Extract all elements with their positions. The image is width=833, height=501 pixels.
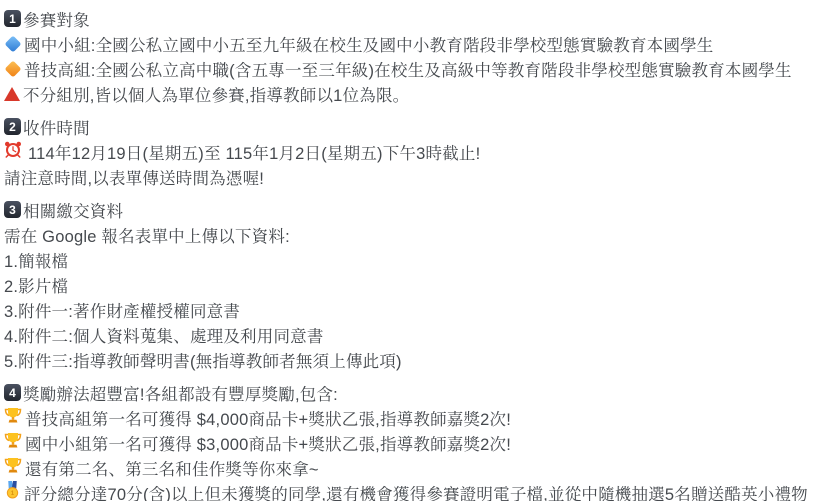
list-item: 普技高組第一名可獲得 $4,000商品卡+獎狀乙張,指導教師嘉獎2次! (4, 405, 833, 430)
trophy-icon (4, 406, 22, 429)
list-item: 普技高組:全國公私立高中職(含五專一至三年級)在校生及高級中等教育階段非學校型態… (4, 56, 833, 81)
alarm-clock-icon (4, 140, 22, 163)
item-text: 1.簡報檔 (4, 248, 68, 272)
item-text: 普技高組第一名可獲得 $4,000商品卡+獎狀乙張,指導教師嘉獎2次! (25, 406, 511, 430)
item-text: 2.影片檔 (4, 273, 68, 297)
trophy-icon (4, 456, 22, 479)
section-title: 收件時間 (23, 115, 90, 139)
list-item: 需在 Google 報名表單中上傳以下資料: (4, 222, 833, 247)
list-item: 2.影片檔 (4, 272, 833, 297)
gold-medal-icon: 1 (4, 481, 21, 501)
keycap-1-icon: 1 (4, 10, 21, 27)
item-text: 國中小組:全國公私立國中小五至九年級在校生及國中小教育階段非學校型態實驗教育本國… (24, 32, 713, 56)
keycap-2-icon: 2 (4, 118, 21, 135)
item-text: 5.附件三:指導教師聲明書(無指導教師者無須上傳此項) (4, 348, 402, 372)
item-text: 還有第二名、第三名和佳作獎等你來拿~ (25, 456, 319, 480)
item-text: 國中小組第一名可獲得 $3,000商品卡+獎狀乙張,指導教師嘉獎2次! (25, 431, 511, 455)
list-item: 請注意時間,以表單傳送時間為憑喔! (4, 164, 833, 189)
list-item: 114年12月19日(星期五)至 115年1月2日(星期五)下午3時截止! (4, 139, 833, 164)
section-title: 參賽對象 (23, 7, 90, 31)
svg-text:1: 1 (11, 490, 15, 497)
item-text: 3.附件一:著作財產權授權同意書 (4, 298, 240, 322)
list-item: 1 評分總分達70分(含)以上但未獲獎的同學,還有機會獲得參賽證明電子檔,並從中… (4, 480, 833, 501)
item-text: 不分組別,皆以個人為單位參賽,指導教師以1位為限。 (23, 82, 409, 106)
list-item: 3.附件一:著作財產權授權同意書 (4, 297, 833, 322)
list-item: 4.附件二:個人資料蒐集、處理及利用同意書 (4, 322, 833, 347)
item-text: 普技高組:全國公私立高中職(含五專一至三年級)在校生及高級中等教育階段非學校型態… (24, 57, 792, 81)
section-title: 獎勵辦法超豐富!各組都設有豐厚獎勵,包含: (23, 381, 338, 405)
item-text: 4.附件二:個人資料蒐集、處理及利用同意書 (4, 323, 324, 347)
orange-diamond-icon (5, 60, 22, 77)
trophy-icon (4, 431, 22, 454)
keycap-3-icon: 3 (4, 201, 21, 218)
list-item: 國中小組:全國公私立國中小五至九年級在校生及國中小教育階段非學校型態實驗教育本國… (4, 31, 833, 56)
section-participants: 1 參賽對象 國中小組:全國公私立國中小五至九年級在校生及國中小教育階段非學校型… (4, 6, 833, 106)
item-text: 114年12月19日(星期五)至 115年1月2日(星期五)下午3時截止! (28, 140, 480, 164)
red-triangle-icon (4, 87, 20, 101)
section-heading: 3 相關繳交資料 (4, 197, 833, 222)
section-title: 相關繳交資料 (23, 198, 123, 222)
section-rewards: 4 獎勵辦法超豐富!各組都設有豐厚獎勵,包含: 普技高組第一名可獲得 $4,00… (4, 380, 833, 501)
item-text: 評分總分達70分(含)以上但未獲獎的同學,還有機會獲得參賽證明電子檔,並從中隨機… (24, 481, 808, 501)
item-text: 請注意時間,以表單傳送時間為憑喔! (4, 165, 264, 189)
section-required-documents: 3 相關繳交資料 需在 Google 報名表單中上傳以下資料: 1.簡報檔 2.… (4, 197, 833, 372)
item-text: 需在 Google 報名表單中上傳以下資料: (4, 223, 290, 247)
section-heading: 2 收件時間 (4, 114, 833, 139)
section-submission-period: 2 收件時間 114年12月19日(星期五)至 115年1月2日(星期五)下午3… (4, 114, 833, 189)
section-heading: 4 獎勵辦法超豐富!各組都設有豐厚獎勵,包含: (4, 380, 833, 405)
list-item: 不分組別,皆以個人為單位參賽,指導教師以1位為限。 (4, 81, 833, 106)
list-item: 1.簡報檔 (4, 247, 833, 272)
blue-diamond-icon (5, 35, 22, 52)
list-item: 5.附件三:指導教師聲明書(無指導教師者無須上傳此項) (4, 347, 833, 372)
announcement-page: 1 參賽對象 國中小組:全國公私立國中小五至九年級在校生及國中小教育階段非學校型… (0, 0, 833, 501)
keycap-4-icon: 4 (4, 384, 21, 401)
list-item: 還有第二名、第三名和佳作獎等你來拿~ (4, 455, 833, 480)
list-item: 國中小組第一名可獲得 $3,000商品卡+獎狀乙張,指導教師嘉獎2次! (4, 430, 833, 455)
section-heading: 1 參賽對象 (4, 6, 833, 31)
